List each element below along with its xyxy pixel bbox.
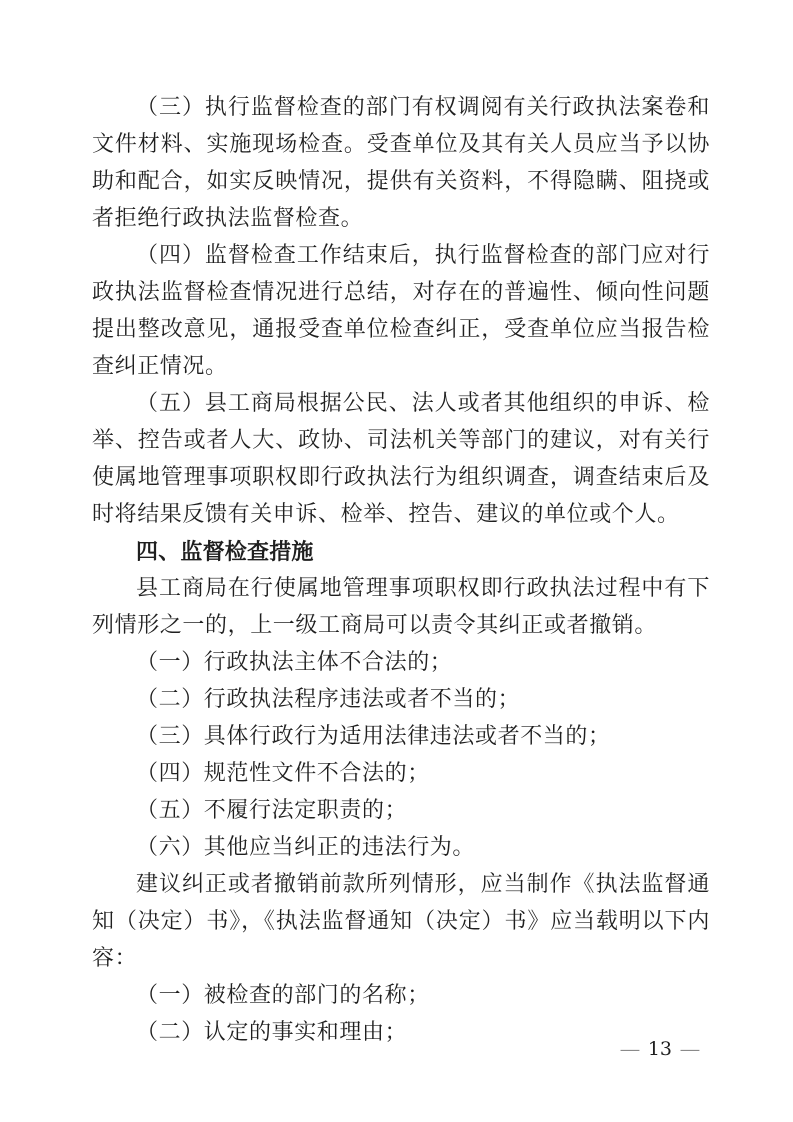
- footer-dash-right: —: [680, 1039, 701, 1060]
- notice-list-item-2: （二）认定的事实和理由；: [92, 1014, 710, 1051]
- paragraph-notice-document: 建议纠正或者撤销前款所列情形，应当制作《执法监督通知（决定）书》，《执法监督通知…: [92, 866, 710, 977]
- list-item-1: （一）行政执法主体不合法的；: [92, 644, 710, 681]
- list-item-4: （四）规范性文件不合法的；: [92, 755, 710, 792]
- list-item-5: （五）不履行法定职责的；: [92, 792, 710, 829]
- list-item-6: （六）其他应当纠正的违法行为。: [92, 829, 710, 866]
- page-number: 13: [648, 1038, 672, 1060]
- list-item-2: （二）行政执法程序违法或者不当的；: [92, 681, 710, 718]
- document-page: （三）执行监督检查的部门有权调阅有关行政执法案卷和文件材料、实施现场检查。受查单…: [0, 0, 793, 1122]
- list-item-3: （三）具体行政行为适用法律违法或者不当的；: [92, 718, 710, 755]
- section-heading-supervision-measures: 四、监督检查措施: [92, 533, 710, 570]
- page-footer: — 13 —: [621, 1038, 699, 1060]
- paragraph-item-3-supervision-access: （三）执行监督检查的部门有权调阅有关行政执法案卷和文件材料、实施现场检查。受查单…: [92, 89, 710, 237]
- notice-list-item-1: （一）被检查的部门的名称；: [92, 977, 710, 1014]
- paragraph-item-4-summary: （四）监督检查工作结束后，执行监督检查的部门应对行政执法监督检查情况进行总结，对…: [92, 237, 710, 385]
- footer-dash-left: —: [619, 1039, 640, 1060]
- paragraph-item-5-investigation: （五）县工商局根据公民、法人或者其他组织的申诉、检举、控告或者人大、政协、司法机…: [92, 385, 710, 533]
- paragraph-intro-situations: 县工商局在行使属地管理事项职权即行政执法过程中有下列情形之一的，上一级工商局可以…: [92, 570, 710, 644]
- document-body: （三）执行监督检查的部门有权调阅有关行政执法案卷和文件材料、实施现场检查。受查单…: [92, 89, 710, 1051]
